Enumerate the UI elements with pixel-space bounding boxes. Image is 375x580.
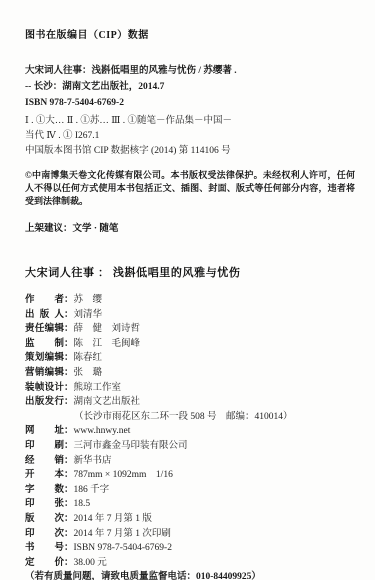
cip-classification-block: Ⅰ . ①大… Ⅱ . ①苏… Ⅲ . ①随笔－作品集－中国－ 当代 Ⅳ . ①… — [25, 114, 355, 159]
detail-value: 2014 年 7 月第 1 版 — [74, 514, 152, 524]
detail-colon: ： — [64, 383, 74, 393]
cip-record-line: 大宋词人往事：浅斟低唱里的风雅与忧伤 / 苏缨著 . — [25, 63, 355, 79]
detail-row: 经销：新华书店 — [25, 454, 355, 469]
detail-colon: ： — [64, 456, 74, 466]
detail-value: 熊琼工作室 — [74, 383, 122, 393]
detail-colon: ： — [64, 426, 74, 436]
detail-row: 印张：18.5 — [25, 497, 355, 512]
detail-value: ISBN 978-7-5404-6769-2 — [74, 543, 172, 553]
detail-value: 陈 江 毛闽峰 — [74, 339, 141, 349]
detail-label: 印刷 — [25, 439, 64, 454]
detail-row: 开本：787mm × 1092mm 1/16 — [25, 468, 355, 483]
detail-colon: ： — [64, 558, 74, 568]
detail-colon: ： — [64, 339, 74, 349]
detail-value: 苏 缨 — [74, 295, 103, 305]
detail-label: 监制 — [25, 337, 64, 352]
detail-label: 版次 — [25, 512, 64, 527]
detail-colon: ： — [64, 514, 74, 524]
detail-colon: ： — [64, 353, 74, 363]
detail-label: 书号 — [25, 541, 64, 556]
detail-label: 经销 — [25, 454, 64, 469]
detail-value: 张 璐 — [74, 368, 103, 378]
detail-colon: ： — [64, 310, 74, 320]
detail-value: 186 千字 — [74, 485, 110, 495]
detail-row: 营销编辑：张 璐 — [25, 366, 355, 381]
detail-label: 策划编辑 — [25, 351, 64, 366]
copyright-page: 图书在版编目（CIP）数据 大宋词人往事：浅斟低唱里的风雅与忧伤 / 苏缨著 .… — [0, 0, 375, 580]
detail-value: 三河市鑫金马印装有限公司 — [74, 441, 188, 451]
detail-sub-line: （长沙市雨花区东二环一段 508 号 邮编：410014） — [25, 410, 355, 425]
detail-label: 定价 — [25, 556, 64, 571]
detail-row: 策划编辑：陈春红 — [25, 351, 355, 366]
detail-colon: ： — [64, 324, 74, 334]
detail-label: 印张 — [25, 497, 64, 512]
detail-value: 787mm × 1092mm 1/16 — [74, 470, 173, 480]
cip-header: 图书在版编目（CIP）数据 — [25, 26, 355, 41]
detail-row: 印次：2014 年 7 月第 1 次印刷 — [25, 527, 355, 542]
detail-value: 18.5 — [74, 499, 91, 509]
detail-row: 监制：陈 江 毛闽峰 — [25, 337, 355, 352]
detail-value: 刘清华 — [74, 310, 103, 320]
detail-label: 字数 — [25, 483, 64, 498]
detail-row: 出版发行：湖南文艺出版社 （长沙市雨花区东二环一段 508 号 邮编：41001… — [25, 395, 355, 424]
detail-value: 薛 健 刘诗哲 — [74, 324, 141, 334]
cip-record-isbn: ISBN 978-7-5404-6769-2 — [25, 95, 355, 111]
publication-details: 作者：苏 缨 出版人：刘清华 责任编辑：薛 健 刘诗哲 监制：陈 江 毛闽峰 策… — [25, 293, 355, 570]
detail-row: 网址：www.hnwy.net — [25, 424, 355, 439]
cip-record-block: 大宋词人往事：浅斟低唱里的风雅与忧伤 / 苏缨著 . -- 长沙：湖南文艺出版社… — [25, 63, 355, 111]
book-title: 大宋词人往事 ： 浅斟低唱里的风雅与忧伤 — [25, 264, 355, 280]
detail-value: 陈春红 — [74, 353, 103, 363]
detail-colon: ： — [64, 529, 74, 539]
detail-row: 作者：苏 缨 — [25, 293, 355, 308]
detail-value: 新华书店 — [74, 456, 112, 466]
detail-colon: ： — [64, 397, 74, 407]
detail-row: 印刷：三河市鑫金马印装有限公司 — [25, 439, 355, 454]
detail-colon: ： — [64, 485, 74, 495]
detail-row: 定价：38.00 元 — [25, 556, 355, 571]
cip-record-line: -- 长沙：湖南文艺出版社，2014.7 — [25, 79, 355, 95]
detail-value: www.hnwy.net — [74, 426, 131, 436]
detail-row: 出版人：刘清华 — [25, 308, 355, 323]
detail-label: 网址 — [25, 424, 64, 439]
detail-label: 营销编辑 — [25, 366, 64, 381]
detail-value: 38.00 元 — [74, 558, 107, 568]
copyright-notice: ©中南博集天卷文化传媒有限公司。本书版权受法律保护。未经权利人许可，任何人不得以… — [25, 169, 355, 208]
detail-value: 湖南文艺出版社 — [74, 397, 141, 407]
quality-hotline-note: （若有质量问题，请致电质量监督电话：010-84409925） — [25, 570, 355, 580]
detail-colon: ： — [64, 295, 74, 305]
detail-colon: ： — [64, 543, 74, 553]
detail-row: 书号：ISBN 978-7-5404-6769-2 — [25, 541, 355, 556]
detail-row: 版次：2014 年 7 月第 1 版 — [25, 512, 355, 527]
detail-label: 印次 — [25, 527, 64, 542]
detail-colon: ： — [64, 499, 74, 509]
detail-label: 责任编辑 — [25, 322, 64, 337]
detail-value: 2014 年 7 月第 1 次印刷 — [74, 529, 171, 539]
detail-label: 开本 — [25, 468, 64, 483]
cip-registry-number: 中国版本图书馆 CIP 数据核字 (2014) 第 114106 号 — [25, 144, 355, 159]
detail-row: 责任编辑：薛 健 刘诗哲 — [25, 322, 355, 337]
cip-classification-line: Ⅰ . ①大… Ⅱ . ①苏… Ⅲ . ①随笔－作品集－中国－ — [25, 114, 355, 129]
detail-colon: ： — [64, 368, 74, 378]
cip-classification-line: 当代 Ⅳ . ① I267.1 — [25, 129, 355, 144]
detail-row: 字数：186 千字 — [25, 483, 355, 498]
detail-label: 出版人 — [25, 308, 64, 323]
detail-label: 出版发行 — [25, 395, 64, 410]
detail-label: 装帧设计 — [25, 381, 64, 396]
detail-row: 装帧设计：熊琼工作室 — [25, 381, 355, 396]
detail-colon: ： — [64, 470, 74, 480]
detail-label: 作者 — [25, 293, 64, 308]
shelving-suggestion: 上架建议：文学 · 随笔 — [25, 220, 355, 234]
detail-colon: ： — [64, 441, 74, 451]
